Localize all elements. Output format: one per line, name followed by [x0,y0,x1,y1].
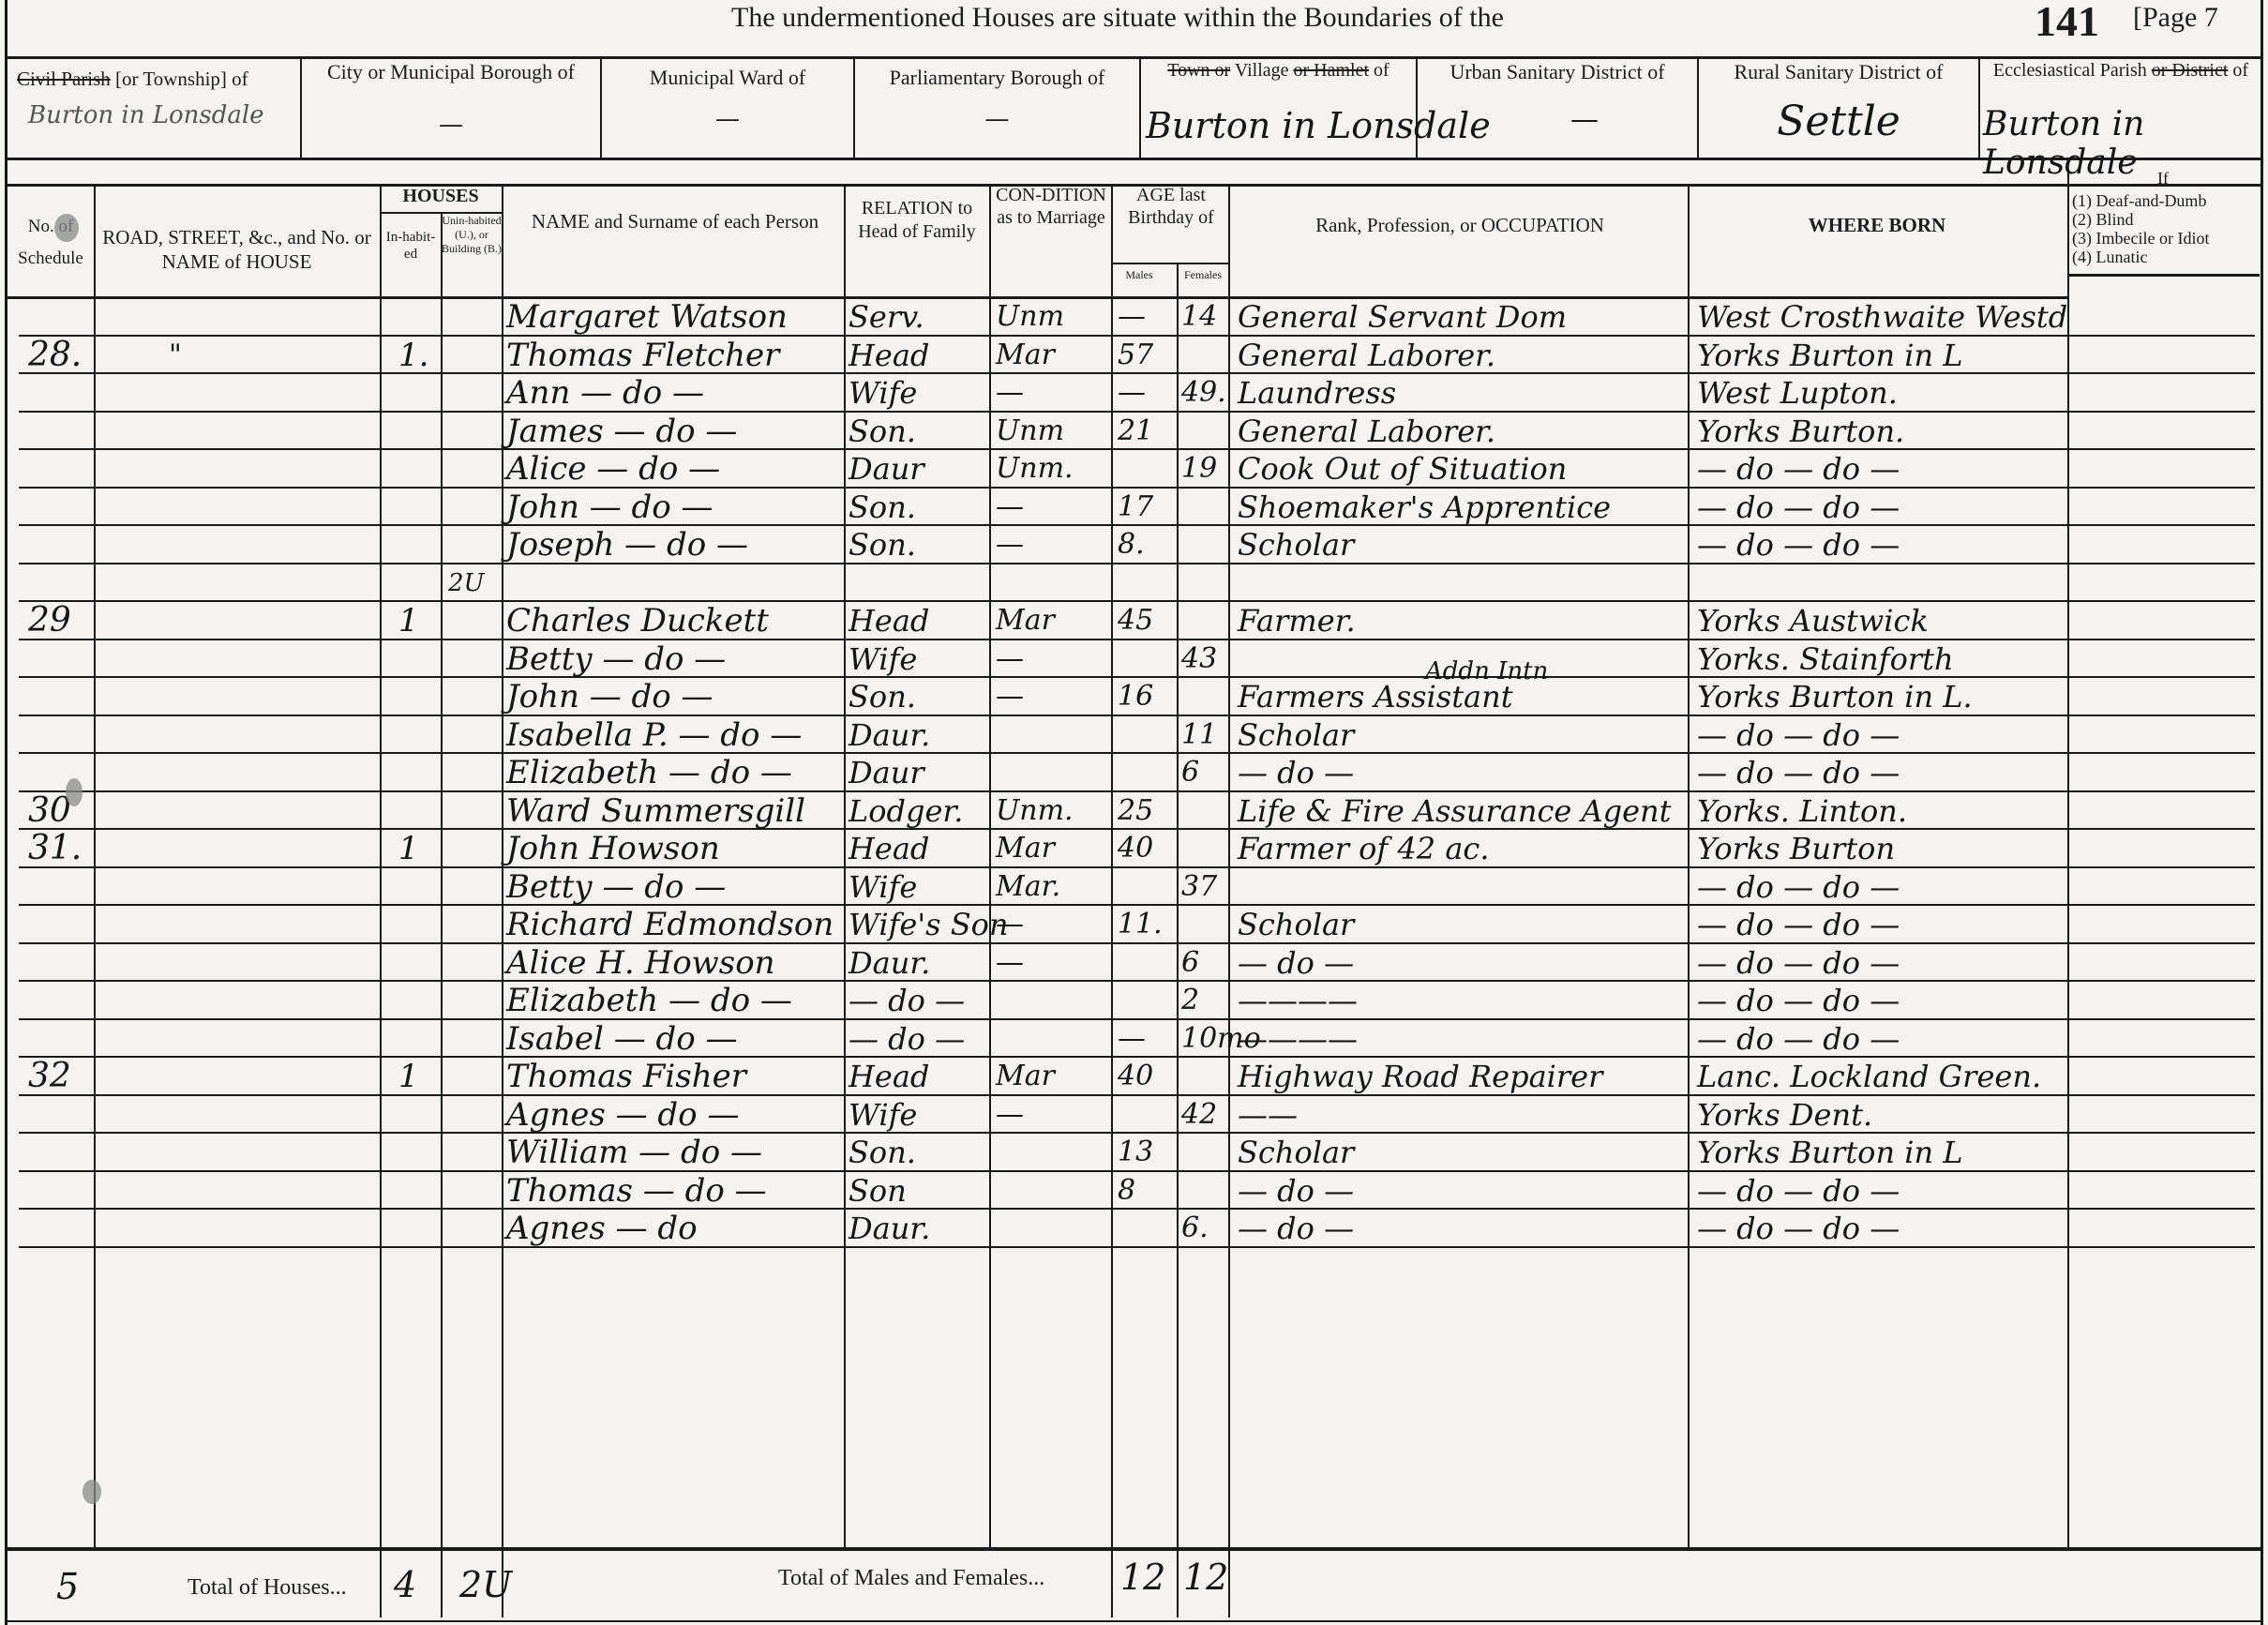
person-name: Alice — do — [506,450,720,489]
where-born: — do — do — [1697,906,1900,944]
totals-persons-label: Total of Males and Females... [778,1566,1044,1591]
relation-to-head: Daur. [849,1210,930,1248]
age-subrule [1111,263,1228,264]
where-born: — do — do — [1697,526,1900,564]
person-name: Alice H. Howson [506,944,775,983]
age-male: 21 [1118,413,1153,451]
col-header-infirmity-list: (1) Deaf-and-Dumb (2) Blind (3) Imbecile… [2072,191,2209,266]
table-row: John — do —Son.—17Shoemaker's Apprentice… [0,489,2268,527]
relation-to-head: Head [849,1058,929,1096]
schedule-number: 32 [28,1058,71,1096]
relation-to-head: Son. [849,489,916,527]
person-name: Richard Edmondson [506,906,834,944]
age-male: 40 [1118,830,1153,868]
boundary-ward-value: — [602,105,853,133]
table-row: Agnes — doDaur.6.— do —— do — do — [0,1210,2268,1248]
boundary-rural-sanitary-label: Rural Sanitary District of [1699,60,1978,84]
totals-uninhabited: 2U [459,1564,512,1605]
relation-to-head: Daur [849,450,924,489]
relation-to-head: Son. [849,413,916,451]
table-row: Isabella P. — do —Daur.11Scholar— do — d… [0,716,2268,755]
occupation: Laundress [1238,374,1396,413]
marital-condition: Mar [996,337,1055,375]
relation-to-head: Head [849,337,929,375]
where-born: — do — do — [1697,1172,1900,1211]
where-born: West Crosthwaite Westd [1697,298,2067,337]
table-row: Elizabeth — do —Daur6— do —— do — do — [0,754,2268,792]
where-born: Yorks. Stainforth [1697,640,1954,679]
person-name: Charles Duckett [506,602,769,640]
boundary-rural-sanitary-value: Settle [1699,98,1978,145]
age-male: 17 [1118,489,1153,527]
houses-inhabited: 1 [398,602,419,640]
occupation: Scholar [1238,1134,1354,1172]
age-male: 45 [1118,602,1153,640]
table-row: Alice H. HowsonDaur.—6— do —— do — do — [0,944,2268,983]
person-name: John Howson [506,830,720,868]
col-header-age-males: Males [1112,268,1166,282]
totals-schedule-count: 5 [56,1566,79,1607]
label-text: Ecclesiastical Parish [1993,60,2147,81]
relation-to-head: — do — [849,1020,965,1059]
occupation: Life & Fire Assurance Agent [1238,792,1672,831]
where-born: — do — do — [1697,450,1900,489]
person-name: Thomas — do — [506,1172,767,1211]
person-name: Elizabeth — do — [506,982,792,1020]
relation-to-head: Son. [849,1134,916,1172]
table-row: 30Ward SummersgillLodger.Unm.25Life & Fi… [0,792,2268,831]
table-row: Isabel — do —— do ——10mo————— do — do — [0,1020,2268,1059]
marital-condition: Unm [996,298,1064,337]
person-name: Ann — do — [506,374,704,413]
age-male: — [1118,374,1146,413]
table-row: Elizabeth — do —— do —2————— do — do — [0,982,2268,1020]
col-header-condition: CON-DITION as to Marriage [992,184,1110,229]
table-row: Margaret WatsonServ.Unm—14General Servan… [0,298,2268,337]
age-male: 8 [1118,1172,1135,1211]
age-female: 43 [1181,640,1217,679]
page-number: [Page 7 [2133,2,2218,34]
boundary-village-label: Town or Village or Hamlet of [1141,60,1416,81]
occupation: Farmer. [1238,602,1356,640]
col-header-houses: HOUSES [380,186,502,207]
road-street: " [169,337,182,375]
age-female: 14 [1181,298,1217,337]
person-name: Isabella P. — do — [506,716,802,755]
table-row: 31.1John HowsonHeadMar40Farmer of 42 ac.… [0,830,2268,868]
relation-to-head: Wife's Son [849,906,1009,944]
col-header-uninhabited: Unin-habited (U.), or Building (B.) [442,214,502,256]
occupation: — do — [1238,1210,1354,1248]
col-header-age-females: Females [1179,268,1227,282]
col-header-schedule: No. of Schedule [8,211,94,275]
where-born: West Lupton. [1697,374,1898,413]
folio-number: 141 [2035,0,2099,46]
table-row: James — do —Son.Unm21General Laborer.Yor… [0,413,2268,451]
totals-top-rule [5,1547,2262,1551]
totals-males: 12 [1120,1557,1165,1598]
age-female: 11 [1181,716,1217,755]
boundary-urban-sanitary-label: Urban Sanitary District of [1418,60,1697,84]
marital-condition: — [996,1096,1024,1135]
age-male: 11. [1118,906,1163,944]
occupation: General Laborer. [1238,413,1495,451]
label-text: [or Township] of [115,68,248,90]
where-born: Yorks Burton in L [1697,337,1962,375]
table-row: Richard EdmondsonWife's Son—11.Scholar— … [0,906,2268,944]
marital-condition: Mar. [996,868,1060,907]
where-born: — do — do — [1697,944,1900,983]
boundary-city-value: — [302,111,600,139]
table-row: Betty — do —WifeMar.37— do — do — [0,868,2268,907]
occupation: Scholar [1238,906,1354,944]
occupation-annotation: Addn Intn [1425,657,1548,685]
relation-to-head: Head [849,830,929,868]
age-female: 6. [1181,1210,1209,1248]
occupation: Shoemaker's Apprentice [1238,489,1611,527]
boundaries-bottom-rule [5,158,2262,160]
col-header-name: NAME and Surname of each Person [525,208,825,234]
age-female: 19 [1181,450,1217,489]
occupation: — do — [1238,1172,1354,1211]
person-name: Ward Summersgill [506,792,805,831]
relation-to-head: Wife [849,868,917,907]
occupation: General Servant Dom [1238,298,1567,337]
houses-inhabited: 1. [398,337,428,375]
label-suffix: of [1374,60,1389,81]
age-male: — [1118,298,1146,337]
where-born: — do — do — [1697,1210,1900,1248]
label-text: Village [1235,60,1289,81]
where-born: — do — do — [1697,982,1900,1020]
relation-to-head: Son. [849,526,916,564]
marital-condition: Unm. [996,792,1074,831]
struck-label: Civil Parish [17,68,111,90]
person-name: James — do — [506,413,737,451]
age-female: 49. [1181,374,1226,413]
relation-to-head: Wife [849,374,917,413]
person-name: Agnes — do — [506,1096,739,1135]
page-title: The undermentioned Houses are situate wi… [731,2,1504,34]
totals-inhabited: 4 [394,1564,416,1605]
occupation: ———— [1238,1020,1358,1059]
person-name: John — do — [506,489,713,527]
occupation: — do — [1238,944,1354,983]
person-name: Thomas Fisher [506,1058,746,1096]
infirmity-header-rule [2067,274,2260,277]
marital-condition: — [996,374,1024,413]
table-row: John — do —Son.—16Farmers AssistantYorks… [0,678,2268,716]
occupation: General Laborer. [1238,337,1495,375]
houses-uninhabited: 2U [448,564,484,603]
relation-to-head: Son [849,1172,907,1211]
where-born: Yorks Burton. [1697,413,1904,451]
marital-condition: — [996,489,1024,527]
age-male: — [1118,1020,1146,1059]
struck-label: or District [2152,60,2229,81]
person-name: William — do — [506,1134,762,1172]
person-name: Betty — do — [506,640,726,679]
age-male: 13 [1118,1134,1153,1172]
age-female: 6 [1181,944,1199,983]
person-name: Elizabeth — do — [506,754,792,792]
boundary-urban-sanitary-value: — [1472,103,1697,136]
person-name: Agnes — do [506,1210,698,1248]
marital-condition: — [996,944,1024,983]
person-name: Isabel — do — [506,1020,738,1059]
age-male: 25 [1118,792,1153,831]
col-header-occupation: Rank, Profession, or OCCUPATION [1230,214,1690,237]
schedule-number: 28. [28,337,82,375]
marital-condition: — [996,906,1024,944]
age-male: 16 [1118,678,1153,716]
occupation: Cook Out of Situation [1238,450,1567,489]
houses-inhabited: 1 [398,830,419,868]
relation-to-head: Wife [849,640,917,679]
ink-smudge [66,778,83,806]
person-name: John — do — [506,678,713,716]
person-name: Margaret Watson [506,298,788,337]
ink-smudge [83,1480,101,1504]
table-row: Joseph — do —Son.—8.Scholar— do — do — [0,526,2268,564]
infirmity-option-blind: (2) Blind [2072,210,2209,229]
table-row: Agnes — do —Wife—42——Yorks Dent. [0,1096,2268,1135]
where-born: Lanc. Lockland Green. [1697,1058,2041,1096]
age-male: 57 [1118,337,1153,375]
struck-label: Town or [1167,60,1230,81]
relation-to-head: Daur. [849,944,930,983]
occupation: Scholar [1238,716,1354,755]
infirmity-option-lunatic: (4) Lunatic [2072,248,2209,266]
age-female: 6 [1181,754,1199,792]
label-suffix: of [2232,60,2248,81]
table-row: 28."1.Thomas FletcherHeadMar57General La… [0,337,2268,375]
boundary-village-value: Burton in Lonsdale [1146,105,1491,146]
table-row: 2U [0,564,2268,603]
marital-condition: Unm. [996,450,1074,489]
relation-to-head: Daur [849,754,924,792]
relation-to-head: Daur. [849,716,930,755]
page-bottom-rule [5,1620,2262,1622]
person-name: Joseph — do — [506,526,748,564]
col-header-relation: RELATION to Head of Family [840,197,994,244]
occupation: Farmer of 42 ac. [1238,830,1490,868]
occupation: Scholar [1238,526,1354,564]
boundaries-top-rule [5,56,2262,59]
age-female: 37 [1181,868,1217,907]
totals-females: 12 [1183,1557,1228,1598]
marital-condition: — [996,526,1024,564]
ink-smudge [54,214,79,242]
boundary-parliamentary-value: — [855,105,1139,133]
table-row: Betty — do —Wife—43Yorks. Stainforth [0,640,2268,679]
schedule-number: 31. [28,830,82,868]
table-row: 291Charles DuckettHeadMar45Farmer.Yorks … [0,602,2268,640]
where-born: — do — do — [1697,868,1900,907]
age-male: 8. [1118,526,1145,564]
boundary-ecclesiastical-label: Ecclesiastical Parish or District of [1980,60,2261,81]
relation-to-head: Head [849,602,929,640]
struck-label: or Hamlet [1294,60,1370,81]
where-born: Yorks Dent. [1697,1096,1872,1135]
infirmity-option-imbecile: (3) Imbecile or Idiot [2072,229,2209,248]
houses-inhabited: 1 [398,1058,419,1096]
boundary-civil-parish-value: Burton in Lonsdale [28,101,264,129]
boundary-parliamentary-label: Parliamentary Borough of [855,66,1139,90]
table-row: William — do —Son.13ScholarYorks Burton … [0,1134,2268,1172]
person-name: Thomas Fletcher [506,337,779,375]
schedule-number: 30 [28,792,71,831]
marital-condition: — [996,678,1024,716]
relation-to-head: Wife [849,1096,917,1135]
where-born: — do — do — [1697,716,1900,755]
age-female: 42 [1181,1096,1217,1135]
totals-houses-label: Total of Houses... [188,1575,347,1601]
col-header-age: AGE last Birthday of [1114,184,1228,229]
relation-to-head: Lodger. [849,792,963,831]
boundary-civil-parish-label: Civil Parish [or Township] of [17,68,248,91]
where-born: — do — do — [1697,489,1900,527]
occupation: ———— [1238,982,1358,1020]
where-born: Yorks Burton in L. [1697,678,1973,716]
age-male: 40 [1118,1058,1153,1096]
marital-condition: Mar [996,1058,1055,1096]
where-born: Yorks Austwick [1697,602,1929,640]
boundary-city-label: City or Municipal Borough of [302,60,600,84]
relation-to-head: Son. [849,678,916,716]
where-born: Yorks. Linton. [1697,792,1907,831]
age-female: 2 [1181,982,1199,1020]
infirmity-option-deaf: (1) Deaf-and-Dumb [2072,191,2209,210]
marital-condition: Mar [996,830,1055,868]
occupation: — do — [1238,754,1354,792]
col-header-infirmity-if: If [2069,169,2257,188]
relation-to-head: — do — [849,982,965,1020]
marital-condition: — [996,640,1024,679]
where-born: Yorks Burton [1697,830,1895,868]
marital-condition: Mar [996,602,1055,640]
occupation: Highway Road Repairer [1238,1058,1602,1096]
person-name: Betty — do — [506,868,726,907]
where-born: — do — do — [1697,754,1900,792]
boundary-ward-label: Municipal Ward of [602,66,853,90]
table-row: Thomas — do —Son8— do —— do — do — [0,1172,2268,1211]
table-row: 321Thomas FisherHeadMar40Highway Road Re… [0,1058,2268,1096]
col-header-where-born: WHERE BORN [1690,214,2065,237]
col-header-inhabited: In-habit-ed [382,229,440,263]
table-row: Ann — do —Wife——49.LaundressWest Lupton. [0,374,2268,413]
marital-condition: Unm [996,413,1064,451]
occupation: —— [1238,1096,1298,1135]
where-born: — do — do — [1697,1020,1900,1059]
schedule-number: 29 [28,602,71,640]
table-row: Alice — do —DaurUnm.19Cook Out of Situat… [0,450,2268,489]
where-born: Yorks Burton in L [1697,1134,1962,1172]
relation-to-head: Serv. [849,298,924,337]
col-header-road: ROAD, STREET, &c., and No. or NAME of HO… [94,225,380,274]
